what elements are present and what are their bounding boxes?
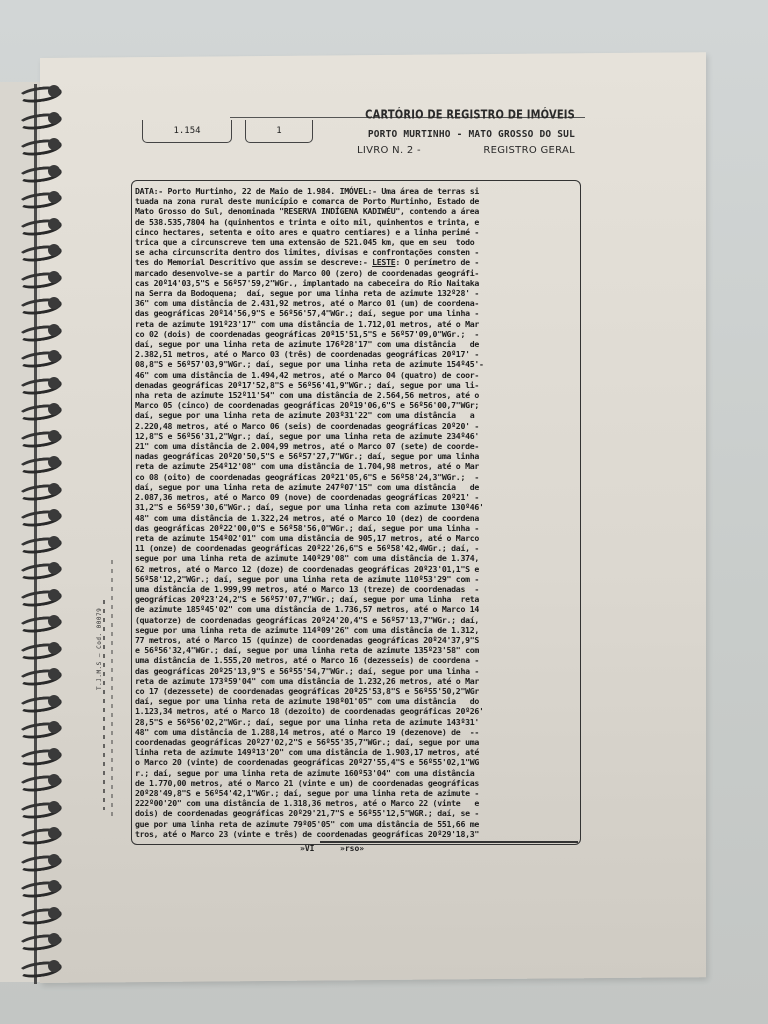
registry-text-line: 28,5"S e 56º56'02,2"WGr.; daí, segue por… [135, 717, 577, 727]
registry-text-line: 20º28'49,8"S e 56º54'42,1"WGr.; daí, seg… [135, 788, 577, 798]
spiral-ring [18, 641, 60, 655]
registry-text-line: tes do Memorial Descritivo que assim se … [135, 257, 577, 267]
registry-text-line: 11 (onze) de coordenadas geográficas 20º… [135, 543, 577, 553]
spiral-ring [18, 747, 60, 761]
continuation-mark-left: »VI [300, 844, 314, 853]
spiral-ring [18, 508, 60, 522]
spiral-ring [18, 959, 60, 973]
book-label: LIVRO N. 2 - [357, 145, 421, 156]
spiral-ring [18, 455, 60, 469]
registry-text-line: 46" com uma distância de 1.494,42 metros… [135, 370, 577, 380]
spiral-ring [18, 482, 60, 496]
spiral-ring [18, 243, 60, 257]
registry-text-line: 12,8"S e 56º56'31,2"Wgr.; daí, segue por… [135, 431, 577, 441]
registry-text-line: daí, segue por uma linha reta de azimute… [135, 482, 577, 492]
registry-text-line: reta de azimute 173º59'04" com uma distâ… [135, 676, 577, 686]
spiral-ring [18, 800, 60, 814]
registry-text-line: 62 metros, até o Marco 12 (doze) de coor… [135, 564, 577, 574]
registry-text-line: 77 metros, até o Marco 15 (quinze) de co… [135, 635, 577, 645]
spiral-ring [18, 376, 60, 390]
registry-text-line: tuada na zona rural deste município e co… [135, 196, 577, 206]
registry-text-line: se acha circunscrita dentro dos limites,… [135, 247, 577, 257]
registry-text-line: reta de azimute 254º12'08" com uma distâ… [135, 461, 577, 471]
spiral-ring [18, 111, 60, 125]
book-line: LIVRO N. 2 - REGISTRO GERAL [357, 145, 575, 156]
spiral-ring [18, 720, 60, 734]
registry-text-line: das geográficas 20º22'00,0"S e 56º58'56,… [135, 523, 577, 533]
spiral-ring [18, 614, 60, 628]
sheet-number: 1 [276, 126, 281, 136]
registration-number-box: 1.154 [142, 120, 232, 143]
registry-text-line: 222º00'20" com uma distância de 1.318,36… [135, 798, 577, 808]
registry-text-line: 08,8"S e 56º57'03,9"WGr.; daí, segue por… [135, 359, 577, 369]
registry-text-line: Marco 05 (cinco) de coordenadas geográfi… [135, 400, 577, 410]
spiral-ring [18, 323, 60, 337]
registry-text-line: r.; daí, segue por uma linha reta de azi… [135, 768, 577, 778]
margin-dash-line [111, 560, 113, 820]
spiral-ring [18, 906, 60, 920]
registry-text-line: de 538.535,7804 ha (quinhentos e trinta … [135, 217, 577, 227]
book-type: REGISTRO GERAL [483, 145, 575, 156]
registry-text-line: das geográficas 20º14'56,9"S e 56º56'57,… [135, 308, 577, 318]
registry-text-line: 21" com uma distância de 2.004,99 metros… [135, 441, 577, 451]
spiral-ring [18, 190, 60, 204]
registry-text-line: o Marco 20 (vinte) de coordenadas geográ… [135, 757, 577, 767]
registry-text-line: co 08 (oito) de coordenadas geográficas … [135, 472, 577, 482]
registry-text-line: e 56º56'32,4"WGr.; daí, segue por uma li… [135, 645, 577, 655]
registry-text-line: marcado desenvolve-se a partir do Marco … [135, 268, 577, 278]
registry-text-line: (quatorze) de coordenadas geográficas 20… [135, 615, 577, 625]
registry-text-line: uma distância de 1.999,99 metros, até o … [135, 584, 577, 594]
continuation-mark-right: »rso» [340, 844, 364, 853]
margin-dash-line [103, 600, 105, 810]
margin-stamp: T.J.M.S — Cod. 00079 [96, 608, 103, 690]
section-heading-leste: LESTE [372, 257, 395, 267]
registry-text-line: gue por uma linha reta de azimute 79º05'… [135, 819, 577, 829]
registry-text-line: trica que a circunscreve tem uma extensã… [135, 237, 577, 247]
spiral-ring [18, 349, 60, 363]
registry-text-line: daí, segue por uma linha reta de azimute… [135, 696, 577, 706]
bottom-rule [320, 841, 578, 843]
registry-text-line: DATA:- Porto Murtinho, 22 de Maio de 1.9… [135, 186, 577, 196]
spiral-ring [18, 429, 60, 443]
registry-text-line: coordenadas geográficas 20º27'02,2"S e 5… [135, 737, 577, 747]
office-title: CARTÓRIO DE REGISTRO DE IMÓVEIS [355, 107, 575, 122]
spiral-ring [18, 879, 60, 893]
spiral-binding [6, 84, 64, 984]
registry-text-line: 36" com uma distância de 2.431,92 metros… [135, 298, 577, 308]
spiral-ring [18, 588, 60, 602]
registry-text-line: 48" com uma distância de 1.288,14 metros… [135, 727, 577, 737]
registry-text-line: 1.123,34 metros, até o Marco 18 (dezoito… [135, 706, 577, 716]
registry-text-line: 2.382,51 metros, até o Marco 03 (três) d… [135, 349, 577, 359]
spiral-ring [18, 694, 60, 708]
registry-text-line: co 17 (dezessete) de coordenadas geográf… [135, 686, 577, 696]
spiral-ring [18, 217, 60, 231]
registry-text-line: tros, até o Marco 23 (vinte e três) de c… [135, 829, 577, 839]
registry-text-line: linha reta de azimute 149º13'20" com uma… [135, 747, 577, 757]
spiral-ring [18, 853, 60, 867]
spiral-ring [18, 84, 60, 98]
registry-text-line: 2.087,36 metros, até o Marco 09 (nove) d… [135, 492, 577, 502]
registry-text-line: 31,2"S e 56º59'30,6"WGr.; daí, segue por… [135, 502, 577, 512]
spiral-ring [18, 773, 60, 787]
registry-text-line: segue por uma linha reta de azimute 114º… [135, 625, 577, 635]
registry-text-line: 2.220,48 metros, até o Marco 06 (seis) d… [135, 421, 577, 431]
registry-office-header: CARTÓRIO DE REGISTRO DE IMÓVEIS PORTO MU… [355, 108, 575, 156]
spiral-ring [18, 561, 60, 575]
registry-text-line: cinco hectares, setenta e oito ares e qu… [135, 227, 577, 237]
sheet-number-box: 1 [245, 120, 313, 143]
registry-text-line: reta de azimute 191º23'17" com uma distâ… [135, 319, 577, 329]
registry-text-line: denadas geográficas 20º17'52,8"S e 56º56… [135, 380, 577, 390]
registry-text-line: cas 20º14'03,5"S e 56º57'59,2"WGr., impl… [135, 278, 577, 288]
spiral-ring [18, 535, 60, 549]
registry-text-line: na Serra da Bodoquena; daí, segue por um… [135, 288, 577, 298]
spiral-ring [18, 932, 60, 946]
registry-text-line: co 02 (dois) de coordenadas geográficas … [135, 329, 577, 339]
registry-text-line: daí, segue por uma linha reta de azimute… [135, 339, 577, 349]
registry-text-line: nha reta de azimute 152º11'54" com uma d… [135, 390, 577, 400]
spiral-ring [18, 137, 60, 151]
spiral-ring [18, 164, 60, 178]
spiral-ring [18, 270, 60, 284]
registry-text-line: 56º58'12,2"WGr.; daí, segue por uma linh… [135, 574, 577, 584]
registry-text-line: de 1.770,00 metros, até o Marco 21 (vint… [135, 778, 577, 788]
city-state: PORTO MURTINHO - MATO GROSSO DO SUL [355, 129, 575, 140]
spiral-ring [18, 826, 60, 840]
registry-text-line: geográficas 20º23'24,2"S e 56º57'07,7"WG… [135, 594, 577, 604]
registry-text-line: reta de azimute 154º02'01" com uma distâ… [135, 533, 577, 543]
registry-text-line: 48" com uma distância de 1.322,24 metros… [135, 513, 577, 523]
spiral-ring [18, 402, 60, 416]
spiral-ring [18, 667, 60, 681]
registry-text-frame: DATA:- Porto Murtinho, 22 de Maio de 1.9… [131, 180, 581, 845]
registry-text-line: segue por uma linha reta de azimute 140º… [135, 553, 577, 563]
registration-number: 1.154 [173, 126, 200, 136]
registry-text-line: daí, segue por uma linha reta de azimute… [135, 410, 577, 420]
registry-text-line: das geográficas 20º25'13,9"S e 56º55'54,… [135, 666, 577, 676]
registry-text-line: dois) de coordenadas geográficas 20º29'2… [135, 808, 577, 818]
registry-text-line: nadas geográficas 20º20'50,5"S e 56º57'2… [135, 451, 577, 461]
registry-text-line: Mato Grosso do Sul, denominada "RESERVA … [135, 206, 577, 216]
spiral-ring [18, 296, 60, 310]
registry-text-line: de azimute 185º45'02" com uma distância … [135, 604, 577, 614]
registry-text-line: uma distância de 1.555,20 metros, até o … [135, 655, 577, 665]
